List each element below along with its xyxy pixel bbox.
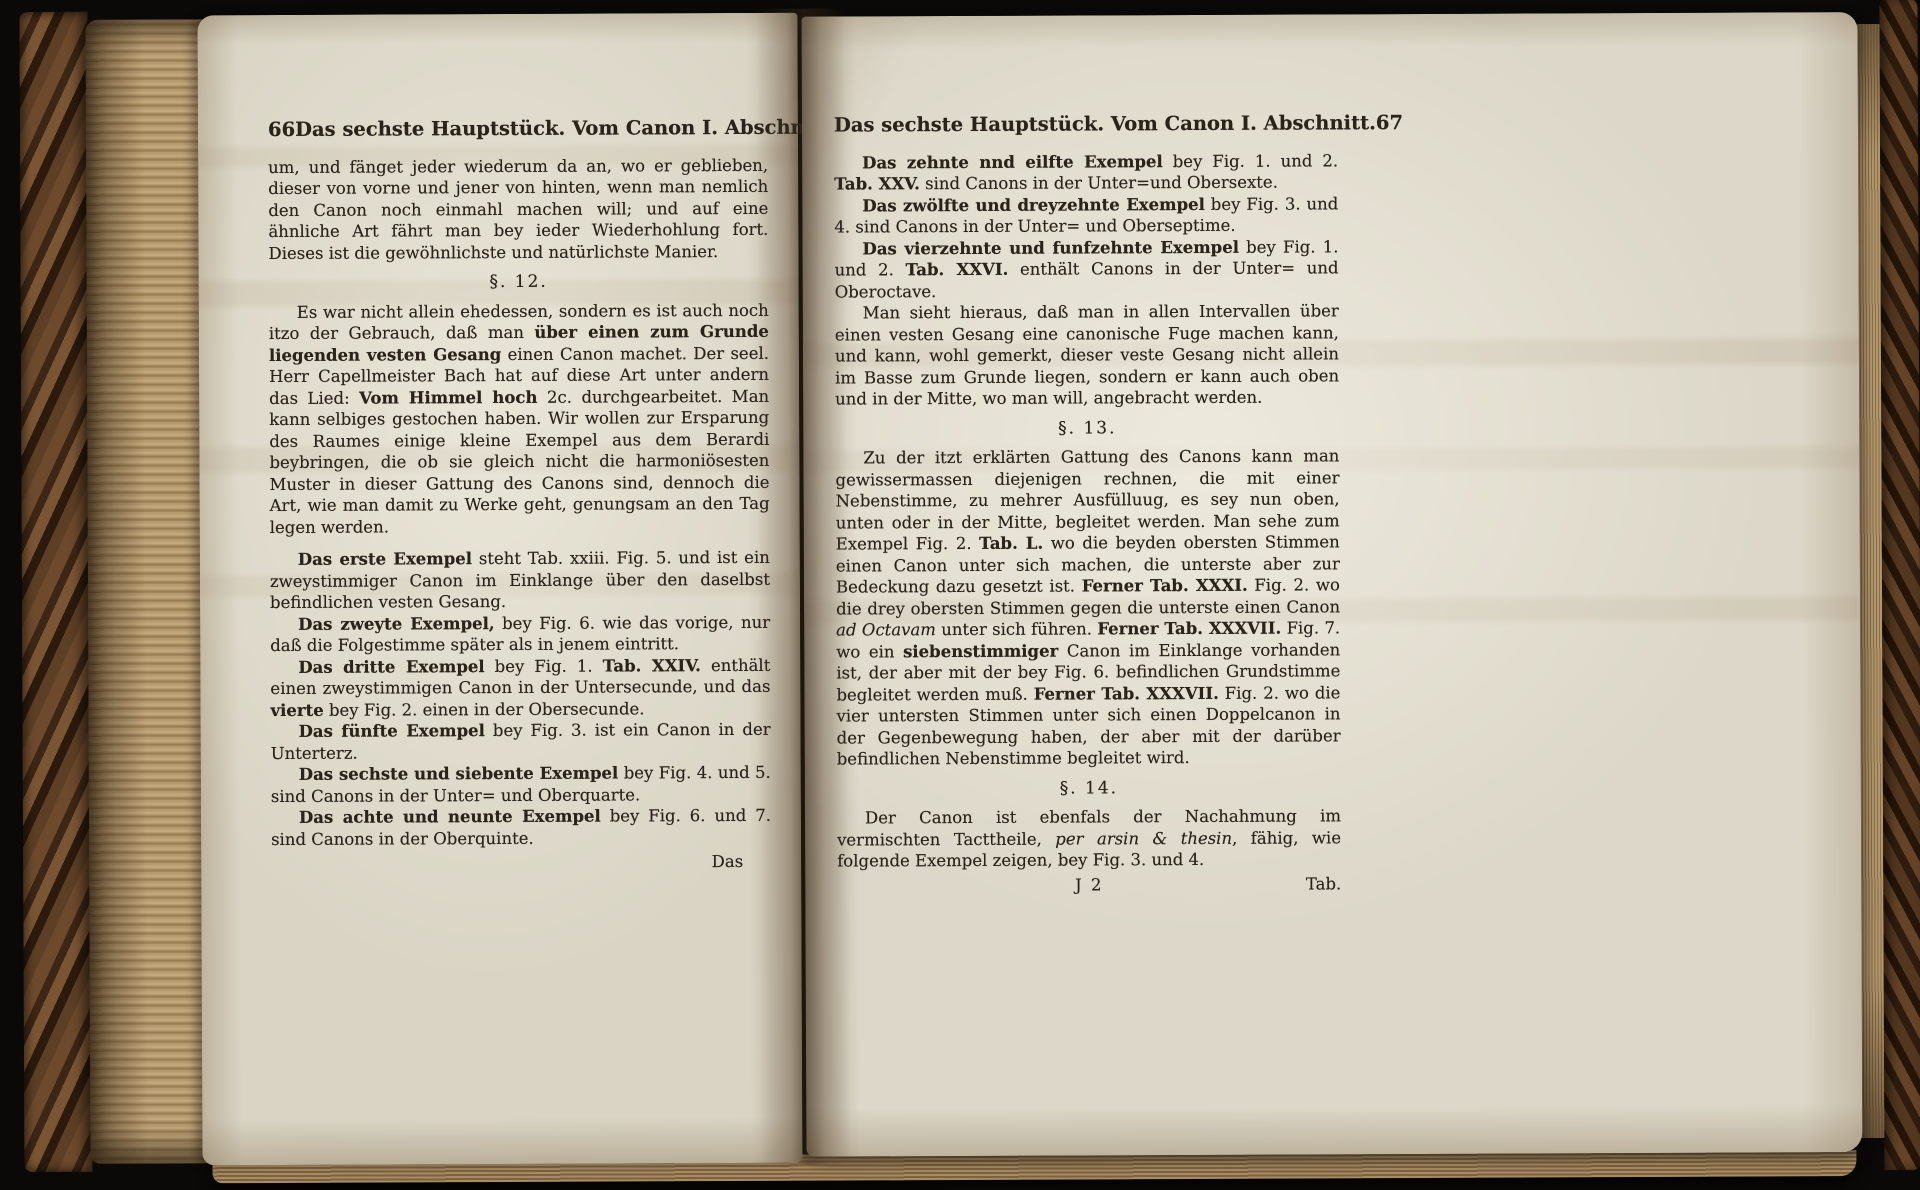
running-head-left: 66 Das sechste Hauptstück. Vom Canon I. …	[268, 117, 768, 141]
catchword-left: Das	[712, 852, 744, 871]
open-book-photo: 66 Das sechste Hauptstück. Vom Canon I. …	[0, 0, 1920, 1186]
paragraph-fourteenth-fifteenth-exempel: Das vierzehnte und funfzehnte Exempel be…	[834, 236, 1338, 303]
running-title-right: Das sechste Hauptstück. Vom Canon I. Abs…	[834, 112, 1376, 136]
paragraph-continuation: um, und fänget jeder wiederum da an, wo …	[268, 154, 768, 264]
section-heading-14: §. 14.	[837, 777, 1341, 801]
paragraph-man-sieht-hieraus: Man sieht hieraus, daß man in allen Inte…	[835, 300, 1339, 410]
paragraph-fifth-exempel: Das fünfte Exempel bey Fig. 3. ist ein C…	[271, 719, 771, 764]
paragraph-tenth-eleventh-exempel: Das zehnte nnd eilfte Exempel bey Fig. 1…	[834, 150, 1338, 195]
running-head-right: Das sechste Hauptstück. Vom Canon I. Abs…	[834, 112, 1338, 136]
book-cover-right-edge	[1879, 0, 1920, 1170]
section-heading-12: §. 12.	[269, 271, 769, 295]
paragraph-section-12: Es war nicht allein ehedessen, sondern e…	[269, 299, 770, 538]
book-cover-left-edge	[19, 12, 92, 1172]
paragraph-third-fourth-exempel: Das dritte Exempel bey Fig. 1. Tab. XXIV…	[270, 654, 770, 721]
paragraph-first-exempel: Das erste Exempel steht Tab. xxiii. Fig.…	[270, 547, 770, 614]
signature-row: J 2 Tab.	[837, 873, 1341, 897]
catchword-right: Tab.	[1306, 873, 1341, 895]
paragraph-sixth-seventh-exempel: Das sechste und siebente Exempel bey Fig…	[271, 762, 771, 807]
catchword-row-left: Das	[271, 851, 771, 875]
page-67: Das sechste Hauptstück. Vom Canon I. Abs…	[801, 12, 1862, 1157]
signature-mark: J 2	[837, 873, 1341, 897]
paragraph-section-13: Zu der itzt erklärten Gattung des Canons…	[835, 445, 1340, 770]
page-number-67: 67	[1376, 112, 1403, 134]
paragraph-twelfth-thirteenth-exempel: Das zwölfte und dreyzehnte Exempel bey F…	[834, 193, 1338, 238]
page-66-content: 66 Das sechste Hauptstück. Vom Canon I. …	[268, 117, 771, 875]
page-67-content: Das sechste Hauptstück. Vom Canon I. Abs…	[834, 112, 1341, 897]
page-number-66: 66	[268, 119, 295, 141]
paragraph-eighth-ninth-exempel: Das achte und neunte Exempel bey Fig. 6.…	[271, 805, 771, 850]
running-title-left: Das sechste Hauptstück. Vom Canon I. Abs…	[295, 117, 837, 141]
section-heading-13: §. 13.	[835, 417, 1339, 441]
page-66: 66 Das sechste Hauptstück. Vom Canon I. …	[197, 13, 802, 1166]
paragraph-section-14: Der Canon ist ebenfals der Nachahmung im…	[837, 805, 1341, 872]
paragraph-second-exempel: Das zweyte Exempel, bey Fig. 6. wie das …	[270, 611, 770, 656]
